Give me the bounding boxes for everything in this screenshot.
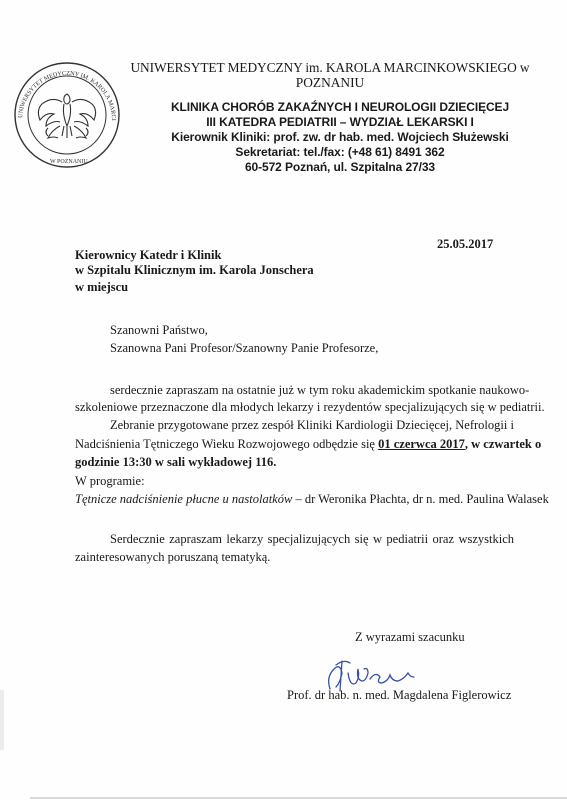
closing-phrase: Z wyrazami szacunku: [355, 630, 465, 645]
body-text: Zebranie przygotowane przez zespół Klini…: [110, 418, 514, 433]
department-name: III KATEDRA PEDIATRII – WYDZIAŁ LEKARSKI…: [150, 115, 530, 129]
body-text: szkoleniowe przeznaczone dla młodych lek…: [75, 400, 545, 415]
recipient-line: w miejscu: [75, 280, 128, 295]
scan-edge: [0, 690, 4, 750]
signer-name: Prof. dr hab. n. med. Magdalena Figlerow…: [287, 688, 511, 703]
program-label: W programie:: [75, 474, 145, 489]
body-text: Nadciśnienia Tętniczego Wieku Rozwojoweg…: [75, 437, 514, 452]
body-text: Serdecznie zapraszam lekarzy specjalizuj…: [110, 532, 514, 547]
clinic-head: Kierownik Kliniki: prof. zw. dr hab. med…: [150, 130, 530, 144]
recipient-line: Kierownicy Katedr i Klinik: [75, 248, 221, 263]
recipient-line: w Szpitalu Klinicznym im. Karola Jonsche…: [75, 263, 314, 278]
body-text: Nadciśnienia Tętniczego Wieku Rozwojoweg…: [75, 437, 378, 451]
greeting: Szanowna Pani Profesor/Szanowny Panie Pr…: [110, 341, 378, 356]
university-seal-icon: UNIWERSYTET MEDYCZNY IM. KAROLA MARCINKO…: [12, 60, 122, 170]
university-city: POZNANIU: [130, 75, 530, 91]
lecture-item: Tętnicze nadciśnienie płucne u nastolatk…: [75, 492, 549, 507]
body-text: zainteresowanych poruszaną tematyką.: [75, 550, 270, 565]
meeting-date: 01 czerwca 2017: [378, 437, 465, 451]
body-text: serdecznie zapraszam na ostatnie już w t…: [110, 383, 514, 398]
meeting-time-room: godzinie 13:30 w sali wykładowej 116.: [75, 455, 276, 470]
clinic-address: 60-572 Poznań, ul. Szpitalna 27/33: [150, 160, 530, 174]
letter-page: UNIWERSYTET MEDYCZNY IM. KAROLA MARCINKO…: [0, 0, 567, 800]
svg-text:W POZNANIU: W POZNANIU: [50, 159, 88, 165]
meeting-day: , w czwartek o: [465, 437, 541, 451]
letter-date: 25.05.2017: [437, 237, 493, 252]
scan-edge: [30, 797, 567, 799]
lecture-title: Tętnicze nadciśnienie płucne u nastolatk…: [75, 492, 292, 506]
greeting: Szanowni Państwo,: [110, 323, 208, 338]
clinic-name: KLINIKA CHORÓB ZAKAŹNYCH I NEUROLOGII DZ…: [150, 100, 530, 114]
lecture-speakers: – dr Weronika Płachta, dr n. med. Paulin…: [292, 492, 549, 506]
secretariat-phone: Sekretariat: tel./fax: (+48 61) 8491 362: [150, 145, 530, 159]
university-name: UNIWERSYTET MEDYCZNY im. KAROLA MARCINKO…: [130, 60, 530, 76]
